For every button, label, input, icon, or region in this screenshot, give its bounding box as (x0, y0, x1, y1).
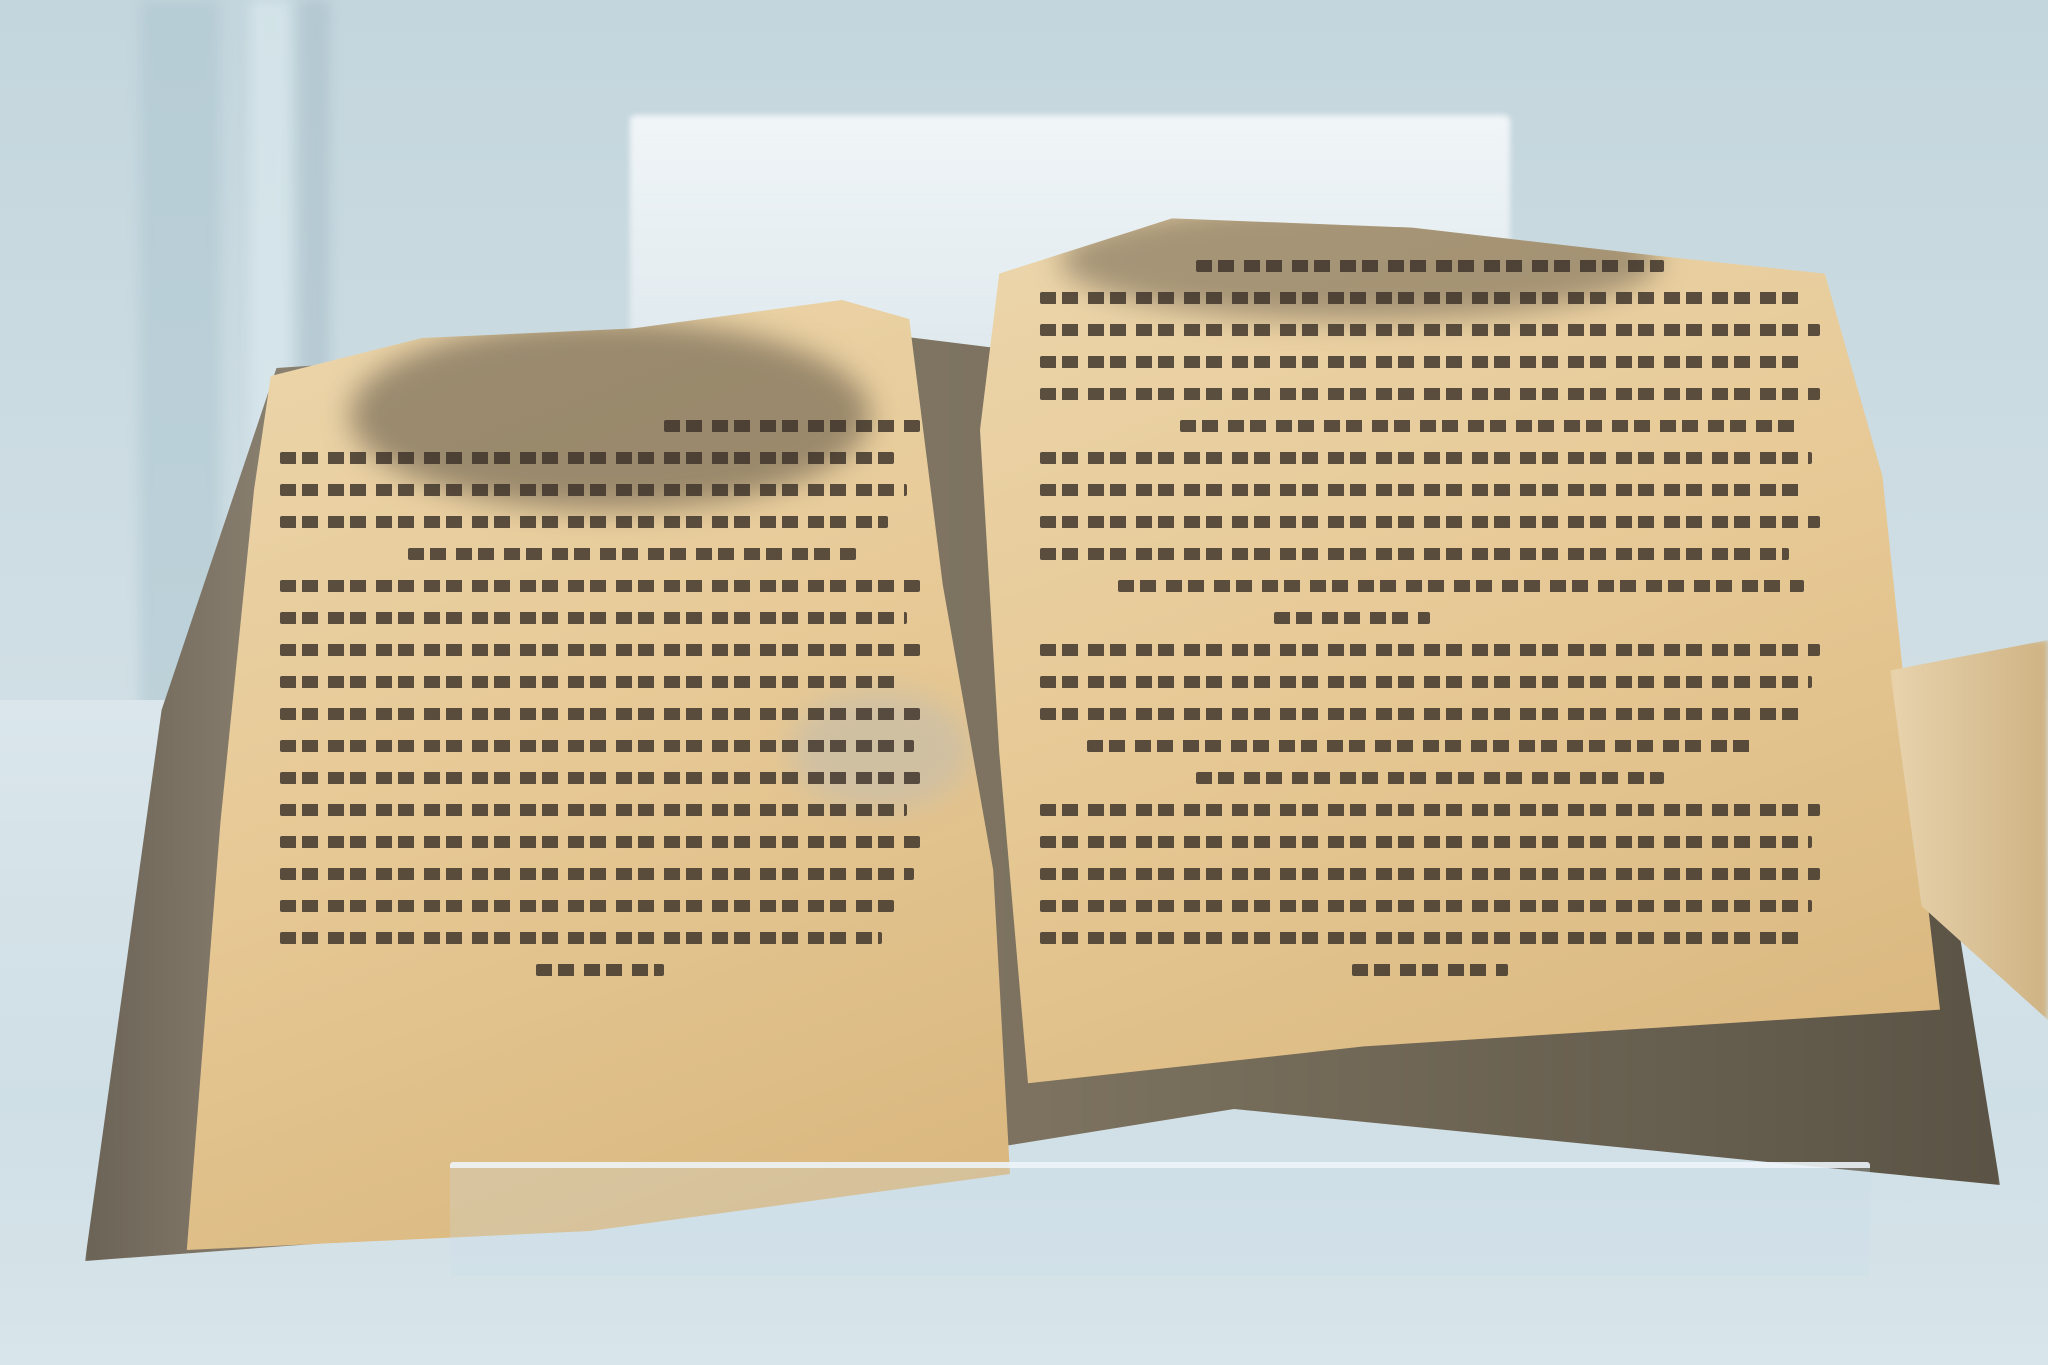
right-page (980, 200, 1940, 1120)
left-page (170, 300, 1010, 1250)
acrylic-book-stand (450, 1162, 1870, 1276)
hebrew-text-block (1040, 260, 1820, 996)
hebrew-text-block (280, 420, 920, 996)
museum-photo: Antique Hebrew prayer book displayed ope… (0, 0, 2048, 1365)
